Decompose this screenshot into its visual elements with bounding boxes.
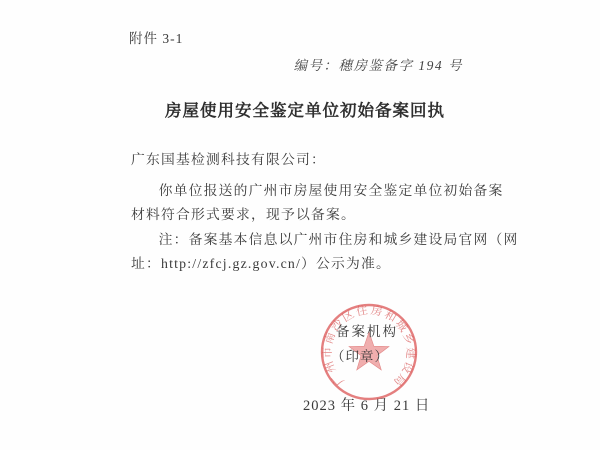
body-line-2: 材料符合形式要求，现予以备案。 — [131, 203, 473, 228]
recipient-line: 广东国基检测科技有限公司： — [131, 148, 473, 173]
doc-number: 编号：穗房鉴备字 194 号 — [0, 54, 463, 74]
body-line-1: 你单位报送的广州市房屋使用安全鉴定单位初始备案 — [131, 179, 473, 204]
seal-label-stamp: （印章） — [331, 345, 389, 365]
body-block: 广东国基检测科技有限公司： 你单位报送的广州市房屋使用安全鉴定单位初始备案 材料… — [131, 148, 473, 277]
document-page: 附件 3-1 编号：穗房鉴备字 194 号 房屋使用安全鉴定单位初始备案回执 广… — [0, 0, 600, 450]
note-line-2: 址：http://zfcj.gz.gov.cn/）公示为准。 — [131, 252, 473, 277]
seal-label-institution: 备案机构 — [336, 320, 398, 340]
attachment-label: 附件 3-1 — [129, 27, 183, 47]
note-line-1: 注：备案基本信息以广州市住房和城乡建设局官网（网 — [131, 228, 473, 253]
doc-title: 房屋使用安全鉴定单位初始备案回执 — [0, 97, 600, 121]
